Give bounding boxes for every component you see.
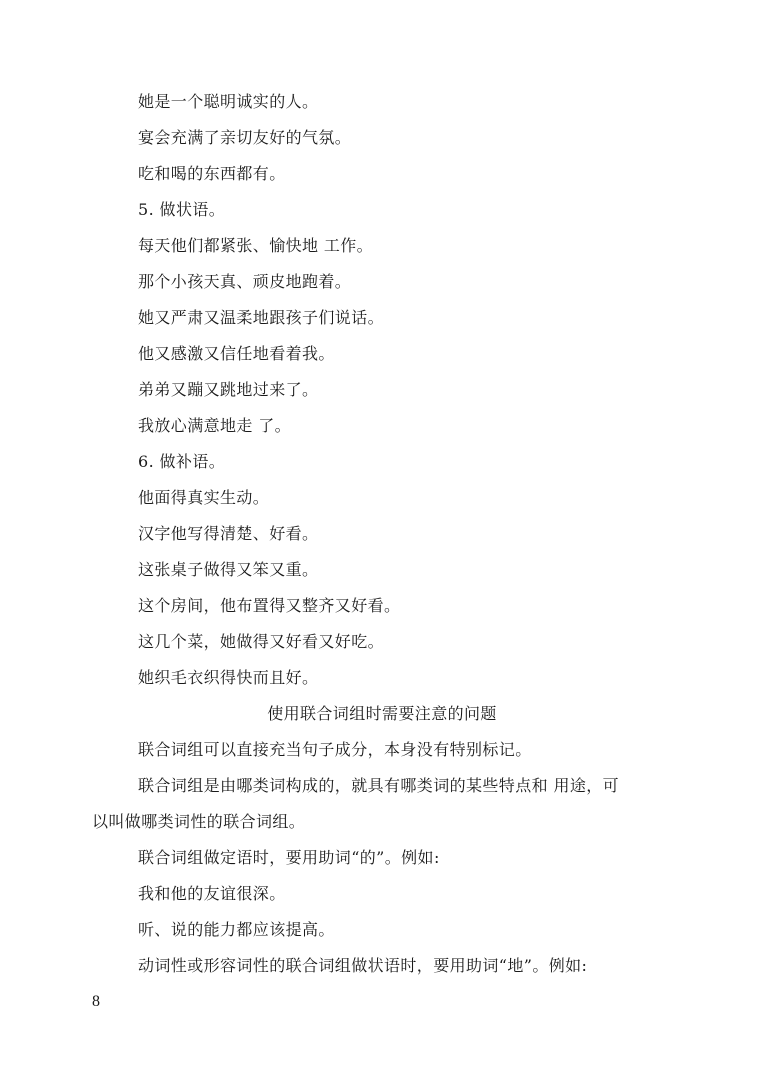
example-line: 我和他的友谊很深。: [138, 884, 286, 904]
section-label: 6. 做补语。: [138, 452, 225, 472]
text-line: 她是一个聪明诚实的人。: [138, 92, 318, 112]
text-line: 他面得真实生动。: [138, 488, 269, 508]
text-line: 这个房间，他布置得又整齐又好看。: [138, 596, 400, 616]
text-line: 这几个菜，她做得又好看又好吃。: [138, 632, 384, 652]
text-line: 吃和喝的东西都有。: [138, 164, 286, 184]
text-line: 那个小孩天真、顽皮地跑着。: [138, 272, 351, 292]
text-line: 宴会充满了亲切友好的气氛。: [138, 128, 351, 148]
paragraph: 联合词组是由哪类词构成的，就具有哪类词的某些特点和 用途，可: [138, 776, 619, 796]
text-line: 汉字他写得清楚、好看。: [138, 524, 318, 544]
document-page: 她是一个聪明诚实的人。 宴会充满了亲切友好的气氛。 吃和喝的东西都有。 5. 做…: [0, 0, 764, 1080]
text-line: 她织毛衣织得快而且好。: [138, 668, 318, 688]
paragraph: 动词性或形容词性的联合词组做状语时，要用助词“地”。例如:: [138, 956, 587, 976]
text-line: 弟弟又蹦又跳地过来了。: [138, 380, 318, 400]
section-label: 5. 做状语。: [138, 200, 225, 220]
page-number: 8: [92, 992, 100, 1012]
text-line: 每天他们都紧张、愉快地 工作。: [138, 236, 373, 256]
section-heading: 使用联合词组时需要注意的问题: [0, 704, 764, 724]
text-line: 她又严肃又温柔地跟孩子们说话。: [138, 308, 384, 328]
paragraph: 联合词组可以直接充当句子成分，本身没有特别标记。: [138, 740, 532, 760]
text-line: 他又感激又信任地看着我。: [138, 344, 335, 364]
text-line: 这张桌子做得又笨又重。: [138, 560, 318, 580]
example-line: 听、说的能力都应该提高。: [138, 920, 335, 940]
text-line: 我放心满意地走 了。: [138, 416, 291, 436]
paragraph-continuation: 以叫做哪类词性的联合词组。: [92, 812, 305, 832]
paragraph: 联合词组做定语时，要用助词“的”。例如:: [138, 848, 440, 868]
